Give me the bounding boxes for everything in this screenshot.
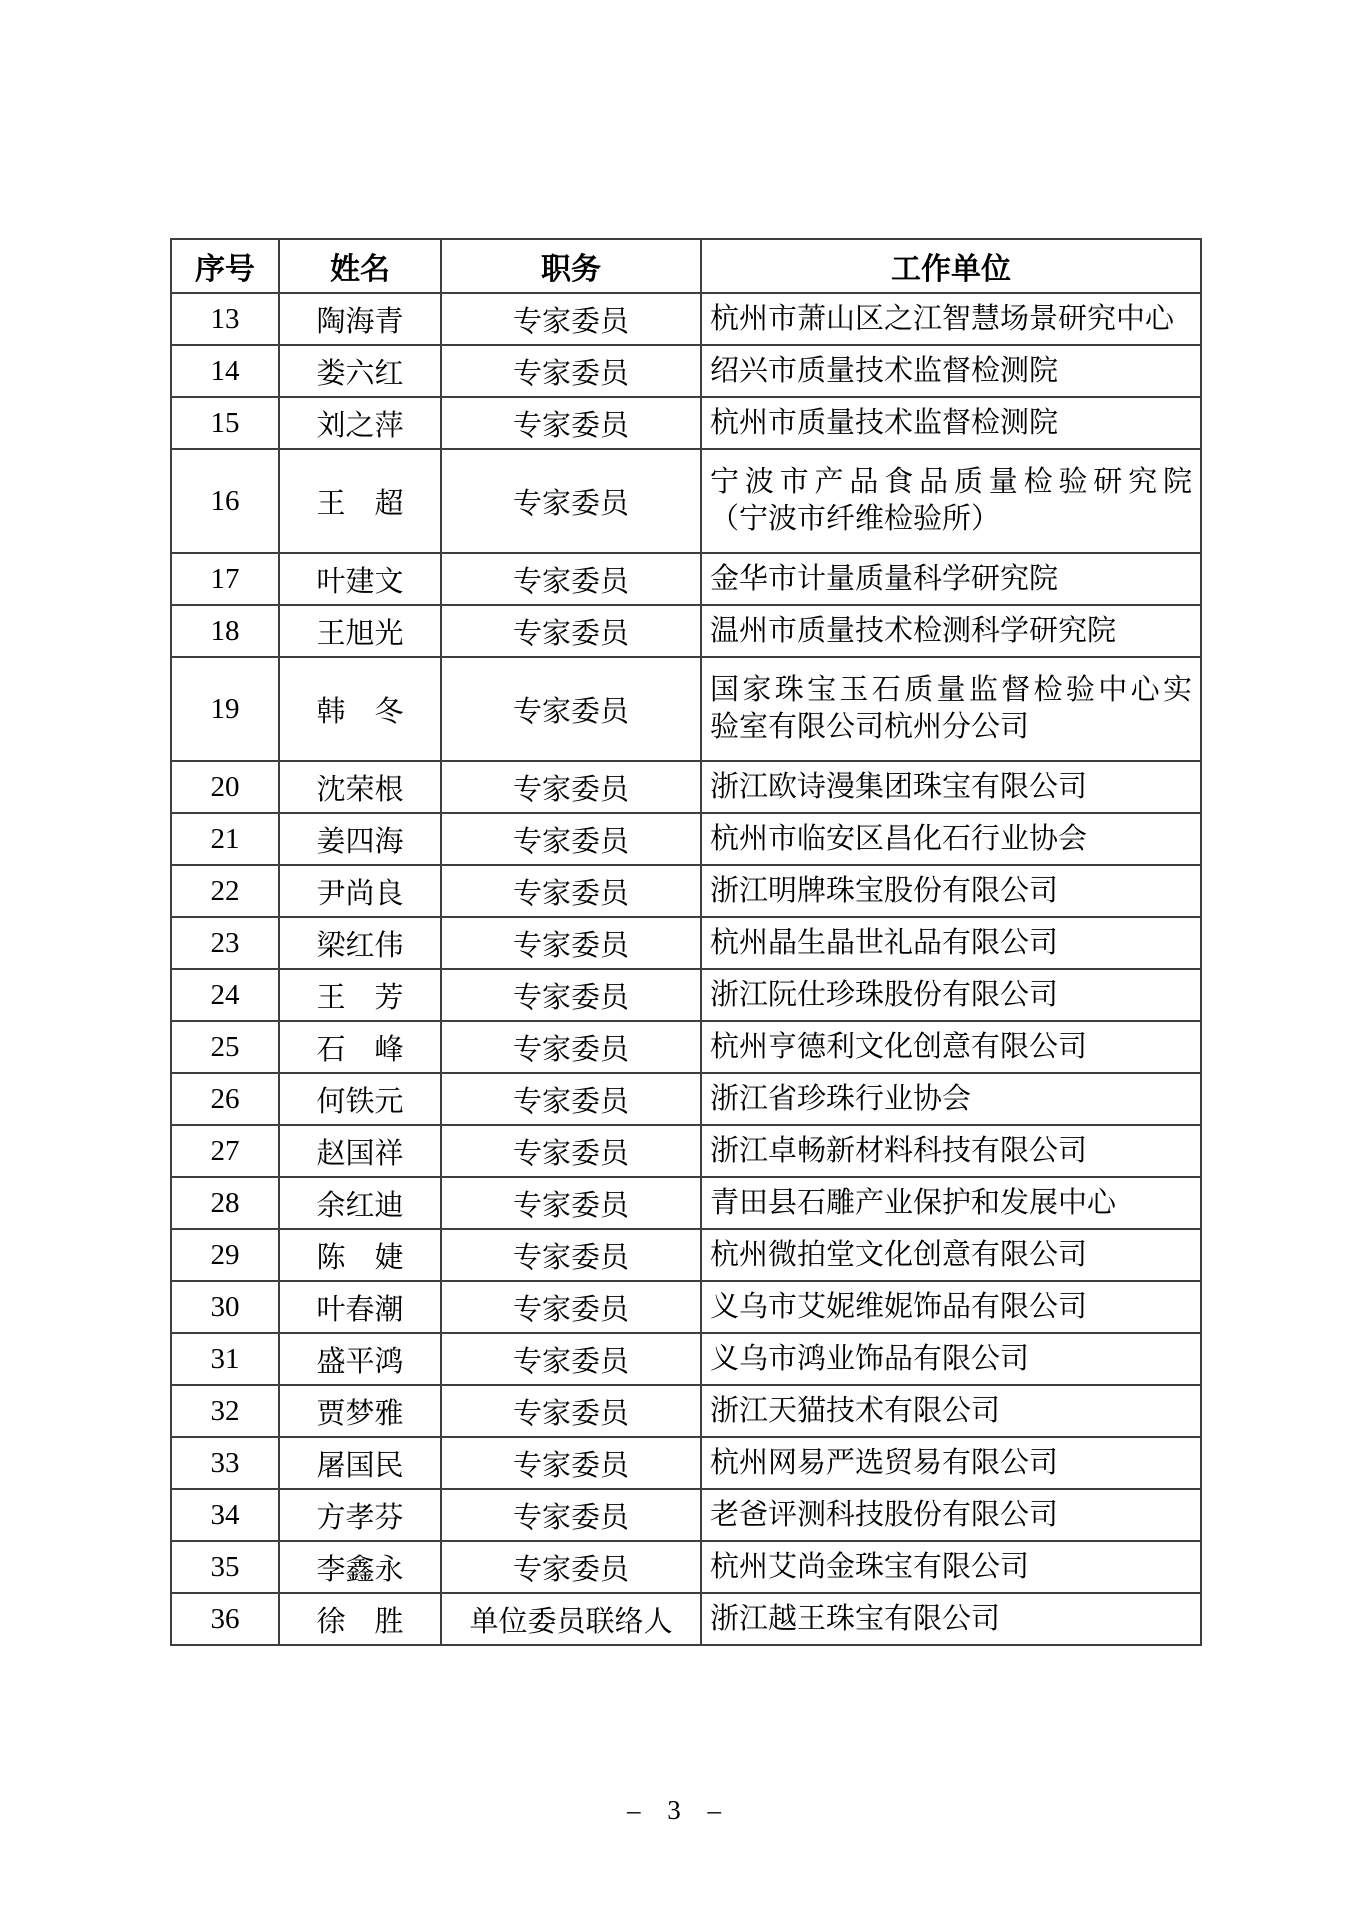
- cell-title: 单位委员联络人: [441, 1593, 701, 1645]
- cell-serial-number: 30: [171, 1281, 279, 1333]
- cell-serial-number: 35: [171, 1541, 279, 1593]
- cell-serial-number: 15: [171, 397, 279, 449]
- cell-work-unit: 浙江卓畅新材料科技有限公司: [701, 1125, 1201, 1177]
- cell-serial-number: 21: [171, 813, 279, 865]
- cell-title: 专家委员: [441, 969, 701, 1021]
- cell-serial-number: 13: [171, 293, 279, 345]
- cell-work-unit: 杭州亨德利文化创意有限公司: [701, 1021, 1201, 1073]
- table-row: 28余红迪专家委员青田县石雕产业保护和发展中心: [171, 1177, 1201, 1229]
- cell-title: 专家委员: [441, 1125, 701, 1177]
- column-header-serial: 序号: [171, 239, 279, 293]
- table-row: 15刘之萍专家委员杭州市质量技术监督检测院: [171, 397, 1201, 449]
- cell-title: 专家委员: [441, 1021, 701, 1073]
- cell-title: 专家委员: [441, 553, 701, 605]
- work-unit-line: 浙江天猫技术有限公司: [710, 1393, 1192, 1430]
- cell-serial-number: 29: [171, 1229, 279, 1281]
- work-unit-line: 青田县石雕产业保护和发展中心: [710, 1185, 1192, 1222]
- table-row: 25石 峰专家委员杭州亨德利文化创意有限公司: [171, 1021, 1201, 1073]
- work-unit-line: 杭州市质量技术监督检测院: [710, 405, 1192, 442]
- table-header-row: 序号 姓名 职务 工作单位: [171, 239, 1201, 293]
- cell-work-unit: 国家珠宝玉石质量监督检验中心实验室有限公司杭州分公司: [701, 657, 1201, 761]
- work-unit-line: 宁波市产品食品质量检验研究院: [710, 464, 1192, 501]
- work-unit-line: 温州市质量技术检测科学研究院: [710, 613, 1192, 650]
- cell-work-unit: 宁波市产品食品质量检验研究院（宁波市纤维检验所）: [701, 449, 1201, 553]
- work-unit-line: （宁波市纤维检验所）: [710, 501, 1192, 538]
- cell-work-unit: 浙江越王珠宝有限公司: [701, 1593, 1201, 1645]
- table-row: 31盛平鸿专家委员义乌市鸿业饰品有限公司: [171, 1333, 1201, 1385]
- work-unit-line: 浙江卓畅新材料科技有限公司: [710, 1133, 1192, 1170]
- cell-name: 陶海青: [279, 293, 441, 345]
- cell-serial-number: 33: [171, 1437, 279, 1489]
- cell-title: 专家委员: [441, 293, 701, 345]
- table-row: 24王 芳专家委员浙江阮仕珍珠股份有限公司: [171, 969, 1201, 1021]
- column-header-name: 姓名: [279, 239, 441, 293]
- work-unit-line: 浙江欧诗漫集团珠宝有限公司: [710, 769, 1192, 806]
- cell-work-unit: 浙江欧诗漫集团珠宝有限公司: [701, 761, 1201, 813]
- cell-work-unit: 浙江天猫技术有限公司: [701, 1385, 1201, 1437]
- cell-serial-number: 18: [171, 605, 279, 657]
- work-unit-line: 义乌市鸿业饰品有限公司: [710, 1341, 1192, 1378]
- table-row: 29陈 婕专家委员杭州微拍堂文化创意有限公司: [171, 1229, 1201, 1281]
- work-unit-line: 义乌市艾妮维妮饰品有限公司: [710, 1289, 1192, 1326]
- roster-table: 序号 姓名 职务 工作单位 13陶海青专家委员杭州市萧山区之江智慧场景研究中心1…: [170, 238, 1202, 1646]
- work-unit-line: 浙江越王珠宝有限公司: [710, 1601, 1192, 1638]
- cell-name: 何铁元: [279, 1073, 441, 1125]
- cell-serial-number: 25: [171, 1021, 279, 1073]
- cell-name: 余红迪: [279, 1177, 441, 1229]
- table-row: 14娄六红专家委员绍兴市质量技术监督检测院: [171, 345, 1201, 397]
- cell-name: 屠国民: [279, 1437, 441, 1489]
- cell-title: 专家委员: [441, 813, 701, 865]
- cell-serial-number: 34: [171, 1489, 279, 1541]
- cell-work-unit: 杭州网易严选贸易有限公司: [701, 1437, 1201, 1489]
- table-row: 30叶春潮专家委员义乌市艾妮维妮饰品有限公司: [171, 1281, 1201, 1333]
- cell-work-unit: 绍兴市质量技术监督检测院: [701, 345, 1201, 397]
- cell-name: 石 峰: [279, 1021, 441, 1073]
- cell-work-unit: 浙江省珍珠行业协会: [701, 1073, 1201, 1125]
- cell-title: 专家委员: [441, 605, 701, 657]
- cell-name: 叶春潮: [279, 1281, 441, 1333]
- work-unit-line: 杭州网易严选贸易有限公司: [710, 1445, 1192, 1482]
- cell-title: 专家委员: [441, 1281, 701, 1333]
- cell-title: 专家委员: [441, 1177, 701, 1229]
- work-unit-line: 杭州艾尚金珠宝有限公司: [710, 1549, 1192, 1586]
- table-body: 13陶海青专家委员杭州市萧山区之江智慧场景研究中心14娄六红专家委员绍兴市质量技…: [171, 293, 1201, 1645]
- table-row: 34方孝芬专家委员老爸评测科技股份有限公司: [171, 1489, 1201, 1541]
- cell-title: 专家委员: [441, 1385, 701, 1437]
- cell-serial-number: 23: [171, 917, 279, 969]
- work-unit-line: 杭州市萧山区之江智慧场景研究中心: [710, 301, 1192, 338]
- work-unit-line: 杭州晶生晶世礼品有限公司: [710, 925, 1192, 962]
- cell-name: 姜四海: [279, 813, 441, 865]
- cell-work-unit: 老爸评测科技股份有限公司: [701, 1489, 1201, 1541]
- cell-serial-number: 31: [171, 1333, 279, 1385]
- cell-title: 专家委员: [441, 1541, 701, 1593]
- table-row: 36徐 胜单位委员联络人浙江越王珠宝有限公司: [171, 1593, 1201, 1645]
- cell-name: 方孝芬: [279, 1489, 441, 1541]
- cell-title: 专家委员: [441, 397, 701, 449]
- table-row: 32贾梦雅专家委员浙江天猫技术有限公司: [171, 1385, 1201, 1437]
- cell-work-unit: 青田县石雕产业保护和发展中心: [701, 1177, 1201, 1229]
- table-row: 35李鑫永专家委员杭州艾尚金珠宝有限公司: [171, 1541, 1201, 1593]
- cell-serial-number: 24: [171, 969, 279, 1021]
- cell-title: 专家委员: [441, 449, 701, 553]
- cell-serial-number: 36: [171, 1593, 279, 1645]
- cell-work-unit: 杭州晶生晶世礼品有限公司: [701, 917, 1201, 969]
- cell-title: 专家委员: [441, 1073, 701, 1125]
- work-unit-line: 杭州市临安区昌化石行业协会: [710, 821, 1192, 858]
- cell-serial-number: 22: [171, 865, 279, 917]
- work-unit-line: 杭州微拍堂文化创意有限公司: [710, 1237, 1192, 1274]
- document-page: 序号 姓名 职务 工作单位 13陶海青专家委员杭州市萧山区之江智慧场景研究中心1…: [0, 0, 1358, 1920]
- work-unit-line: 老爸评测科技股份有限公司: [710, 1497, 1192, 1534]
- work-unit-line: 金华市计量质量科学研究院: [710, 561, 1192, 598]
- cell-work-unit: 杭州市萧山区之江智慧场景研究中心: [701, 293, 1201, 345]
- cell-name: 叶建文: [279, 553, 441, 605]
- table-row: 23梁红伟专家委员杭州晶生晶世礼品有限公司: [171, 917, 1201, 969]
- cell-title: 专家委员: [441, 761, 701, 813]
- cell-work-unit: 金华市计量质量科学研究院: [701, 553, 1201, 605]
- cell-title: 专家委员: [441, 1489, 701, 1541]
- cell-work-unit: 义乌市艾妮维妮饰品有限公司: [701, 1281, 1201, 1333]
- cell-title: 专家委员: [441, 345, 701, 397]
- cell-work-unit: 杭州市临安区昌化石行业协会: [701, 813, 1201, 865]
- cell-serial-number: 19: [171, 657, 279, 761]
- cell-serial-number: 28: [171, 1177, 279, 1229]
- cell-name: 刘之萍: [279, 397, 441, 449]
- work-unit-line: 浙江明牌珠宝股份有限公司: [710, 873, 1192, 910]
- cell-title: 专家委员: [441, 1229, 701, 1281]
- cell-name: 梁红伟: [279, 917, 441, 969]
- cell-work-unit: 浙江阮仕珍珠股份有限公司: [701, 969, 1201, 1021]
- cell-title: 专家委员: [441, 657, 701, 761]
- table-row: 20沈荣根专家委员浙江欧诗漫集团珠宝有限公司: [171, 761, 1201, 813]
- cell-serial-number: 16: [171, 449, 279, 553]
- cell-title: 专家委员: [441, 917, 701, 969]
- cell-name: 陈 婕: [279, 1229, 441, 1281]
- table-row: 26何铁元专家委员浙江省珍珠行业协会: [171, 1073, 1201, 1125]
- work-unit-line: 浙江阮仕珍珠股份有限公司: [710, 977, 1192, 1014]
- cell-name: 贾梦雅: [279, 1385, 441, 1437]
- cell-name: 王旭光: [279, 605, 441, 657]
- column-header-title: 职务: [441, 239, 701, 293]
- cell-name: 王 超: [279, 449, 441, 553]
- cell-serial-number: 32: [171, 1385, 279, 1437]
- table-row: 27赵国祥专家委员浙江卓畅新材料科技有限公司: [171, 1125, 1201, 1177]
- cell-name: 沈荣根: [279, 761, 441, 813]
- cell-name: 盛平鸿: [279, 1333, 441, 1385]
- work-unit-line: 杭州亨德利文化创意有限公司: [710, 1029, 1192, 1066]
- cell-serial-number: 27: [171, 1125, 279, 1177]
- table-row: 19韩 冬专家委员国家珠宝玉石质量监督检验中心实验室有限公司杭州分公司: [171, 657, 1201, 761]
- cell-title: 专家委员: [441, 865, 701, 917]
- table-row: 21姜四海专家委员杭州市临安区昌化石行业协会: [171, 813, 1201, 865]
- work-unit-line: 国家珠宝玉石质量监督检验中心实: [710, 672, 1192, 709]
- cell-work-unit: 杭州市质量技术监督检测院: [701, 397, 1201, 449]
- work-unit-line: 浙江省珍珠行业协会: [710, 1081, 1192, 1118]
- page-number: – 3 –: [0, 1795, 1358, 1826]
- cell-name: 娄六红: [279, 345, 441, 397]
- cell-name: 韩 冬: [279, 657, 441, 761]
- cell-work-unit: 浙江明牌珠宝股份有限公司: [701, 865, 1201, 917]
- cell-work-unit: 杭州微拍堂文化创意有限公司: [701, 1229, 1201, 1281]
- table-row: 33屠国民专家委员杭州网易严选贸易有限公司: [171, 1437, 1201, 1489]
- table-row: 17叶建文专家委员金华市计量质量科学研究院: [171, 553, 1201, 605]
- work-unit-line: 验室有限公司杭州分公司: [710, 709, 1192, 746]
- cell-name: 尹尚良: [279, 865, 441, 917]
- cell-name: 赵国祥: [279, 1125, 441, 1177]
- cell-name: 李鑫永: [279, 1541, 441, 1593]
- cell-serial-number: 14: [171, 345, 279, 397]
- cell-work-unit: 杭州艾尚金珠宝有限公司: [701, 1541, 1201, 1593]
- cell-work-unit: 义乌市鸿业饰品有限公司: [701, 1333, 1201, 1385]
- column-header-unit: 工作单位: [701, 239, 1201, 293]
- work-unit-line: 绍兴市质量技术监督检测院: [710, 353, 1192, 390]
- cell-name: 王 芳: [279, 969, 441, 1021]
- cell-work-unit: 温州市质量技术检测科学研究院: [701, 605, 1201, 657]
- cell-serial-number: 17: [171, 553, 279, 605]
- cell-serial-number: 20: [171, 761, 279, 813]
- cell-title: 专家委员: [441, 1333, 701, 1385]
- cell-name: 徐 胜: [279, 1593, 441, 1645]
- table-row: 22尹尚良专家委员浙江明牌珠宝股份有限公司: [171, 865, 1201, 917]
- table-row: 16王 超专家委员宁波市产品食品质量检验研究院（宁波市纤维检验所）: [171, 449, 1201, 553]
- cell-serial-number: 26: [171, 1073, 279, 1125]
- table-row: 13陶海青专家委员杭州市萧山区之江智慧场景研究中心: [171, 293, 1201, 345]
- table-row: 18王旭光专家委员温州市质量技术检测科学研究院: [171, 605, 1201, 657]
- cell-title: 专家委员: [441, 1437, 701, 1489]
